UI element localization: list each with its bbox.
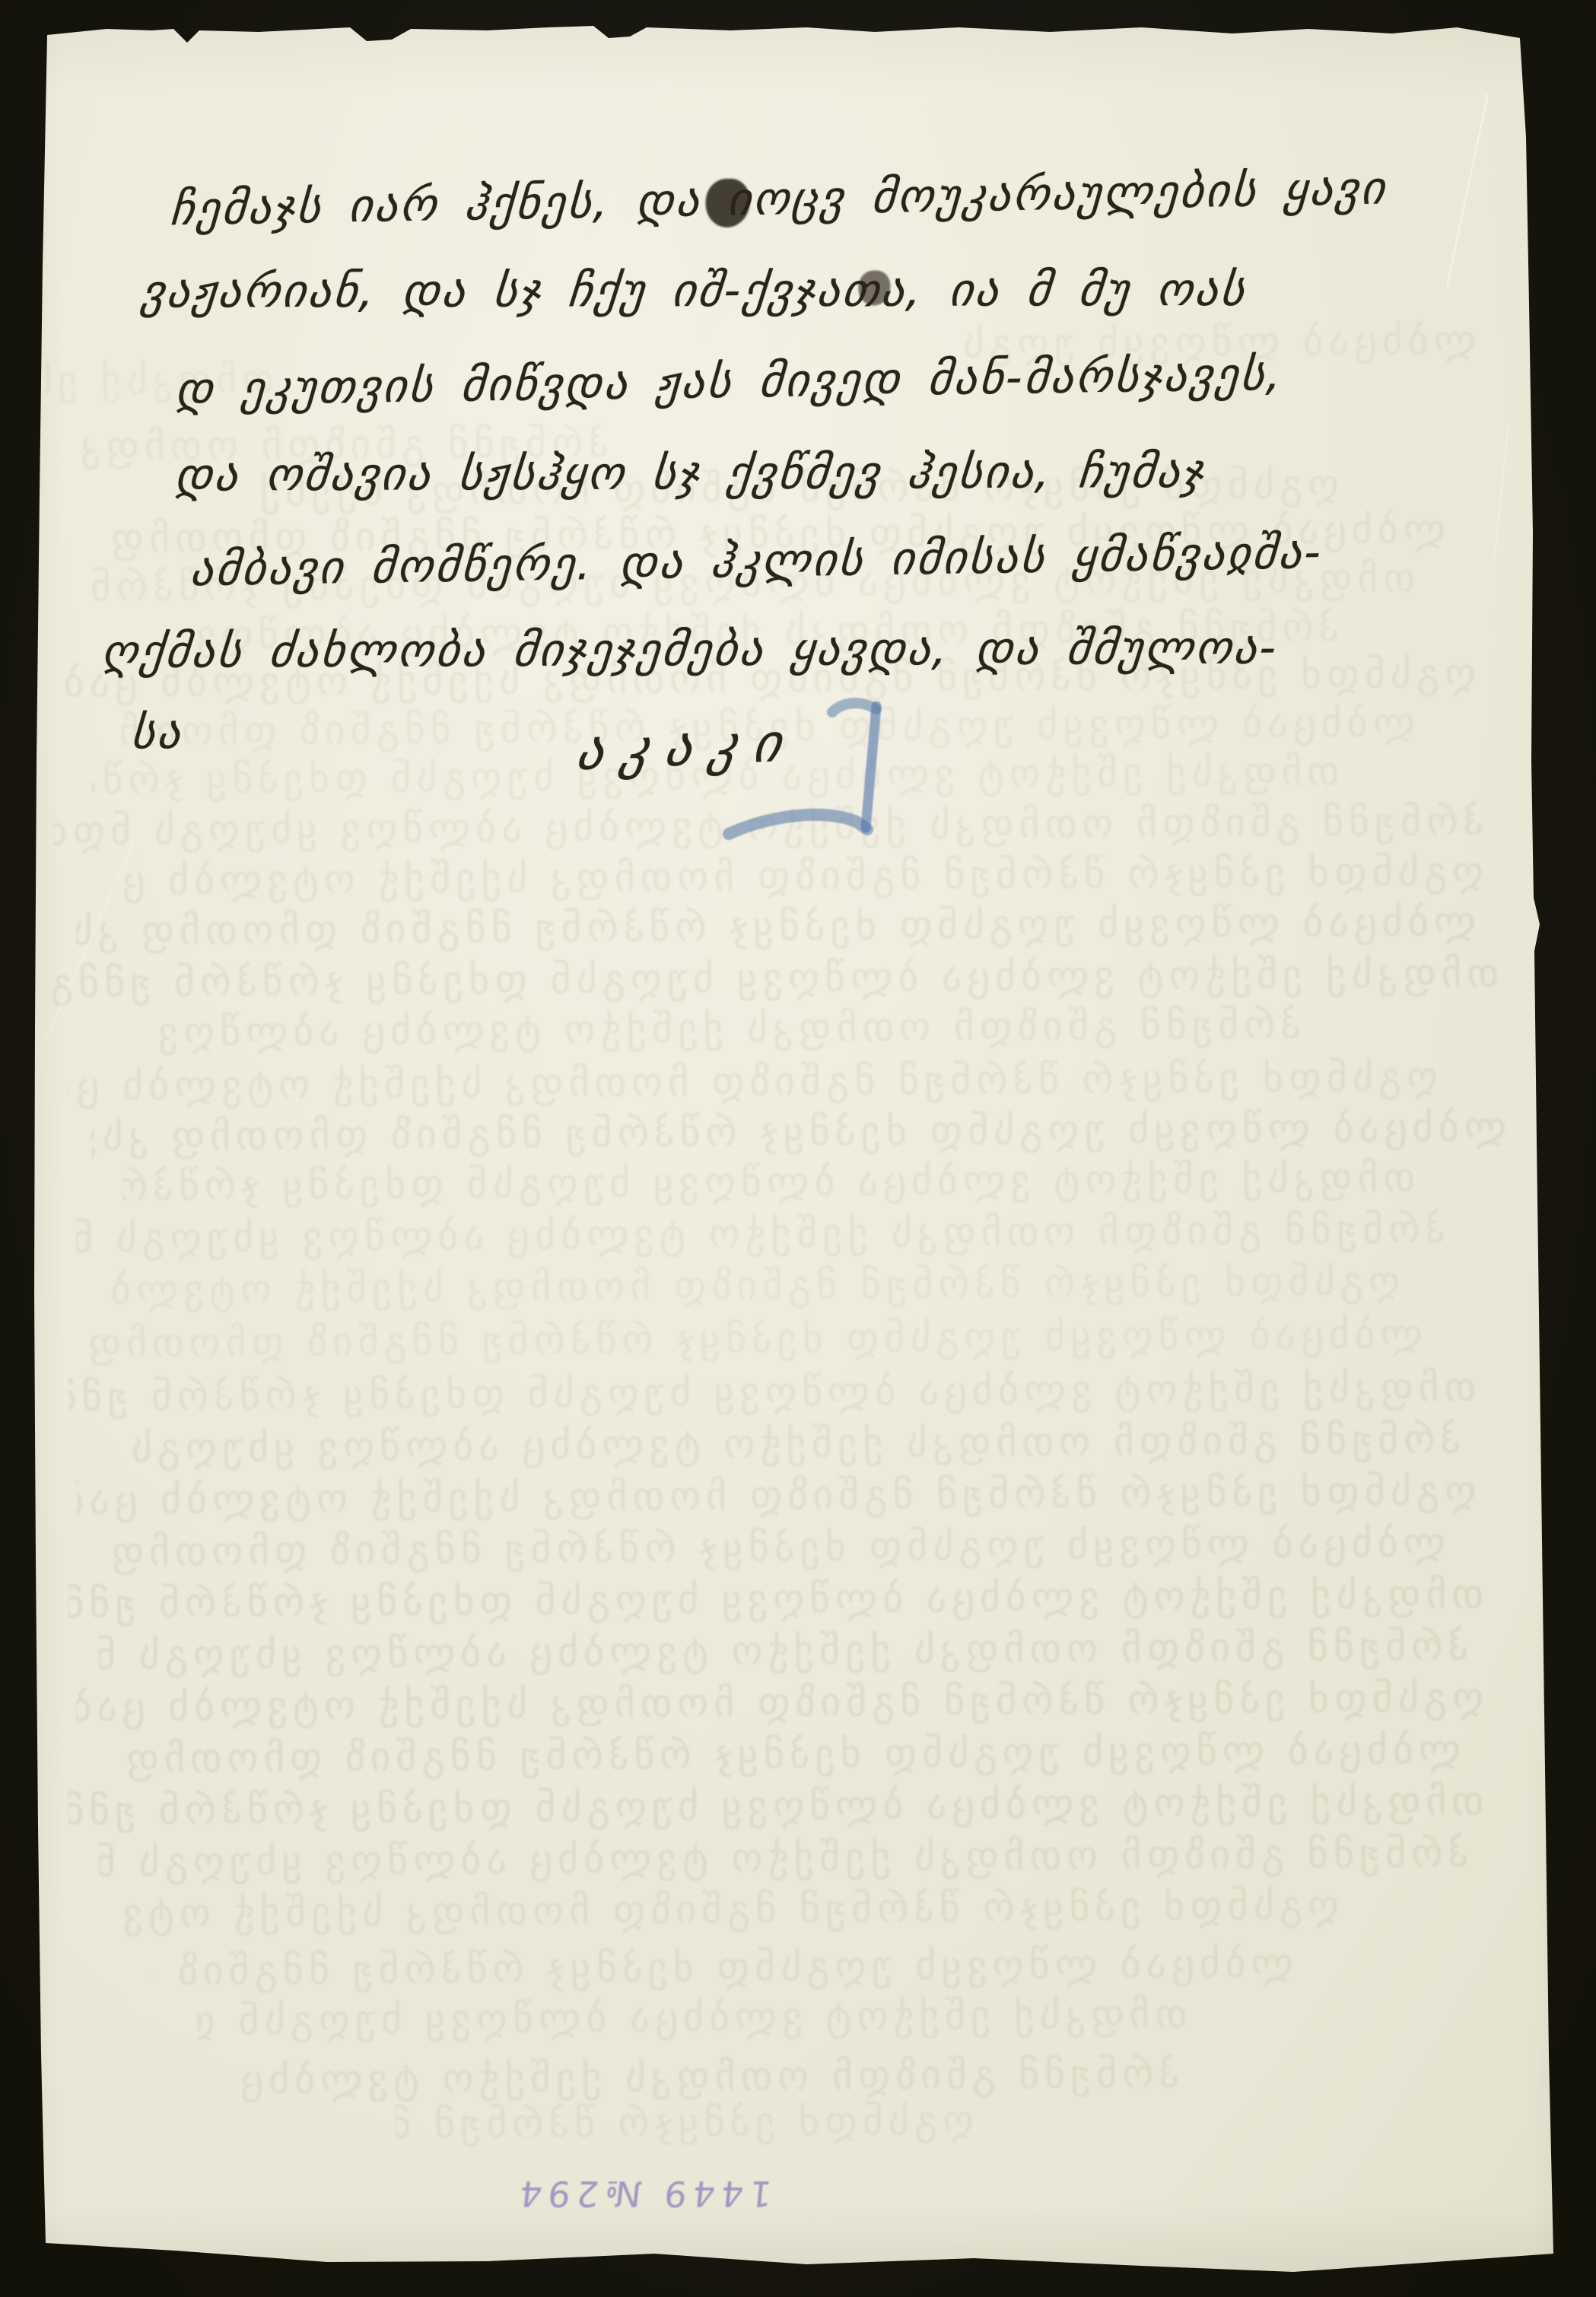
letter-page: ლბხცაბ ლშღვყხ უღგსნდ ძთჩფკსქ ეწჰრნჟმმ გწ… — [0, 0, 1596, 2297]
handwriting-line: ღქმას ძახლობა მიჯეჯემება ყავდა, და შმულო… — [99, 621, 1280, 678]
handwriting-line: დ ეკუთვის მიწვდა ჟას მივედ მან-მარსჯავეს… — [173, 348, 1285, 416]
handwriting-line: ამბავი მომწერე. და ჰკლის იმისას ყმაწვაჲშ… — [189, 526, 1324, 597]
handwriting-line: ჩემაჯს იარ ჰქნეს, და იოცვ მოუკარაულების … — [169, 161, 1389, 236]
handwriting-line: და ოშავია სჟსჰყო სჯ ქვწმევ ჰესია, ჩუმაჯ — [173, 445, 1208, 502]
handwriting-block: ჩემაჯს იარ ჰქნეს, და იოცვ მოუკარაულების … — [0, 0, 1596, 2297]
signature: აკაკი — [573, 711, 803, 782]
handwriting-line: სა — [129, 706, 185, 760]
handwriting-line: ვაჟარიან, და სჯ ჩქუ იშ-ქვჯათა, ია მ მუ ო… — [138, 263, 1249, 319]
photo-background: ლბხცაბ ლშღვყხ უღგსნდ ძთჩფკსქ ეწჰრნჟმმ გწ… — [0, 0, 1596, 2297]
catalog-number: 1449 №294 — [485, 2173, 801, 2214]
